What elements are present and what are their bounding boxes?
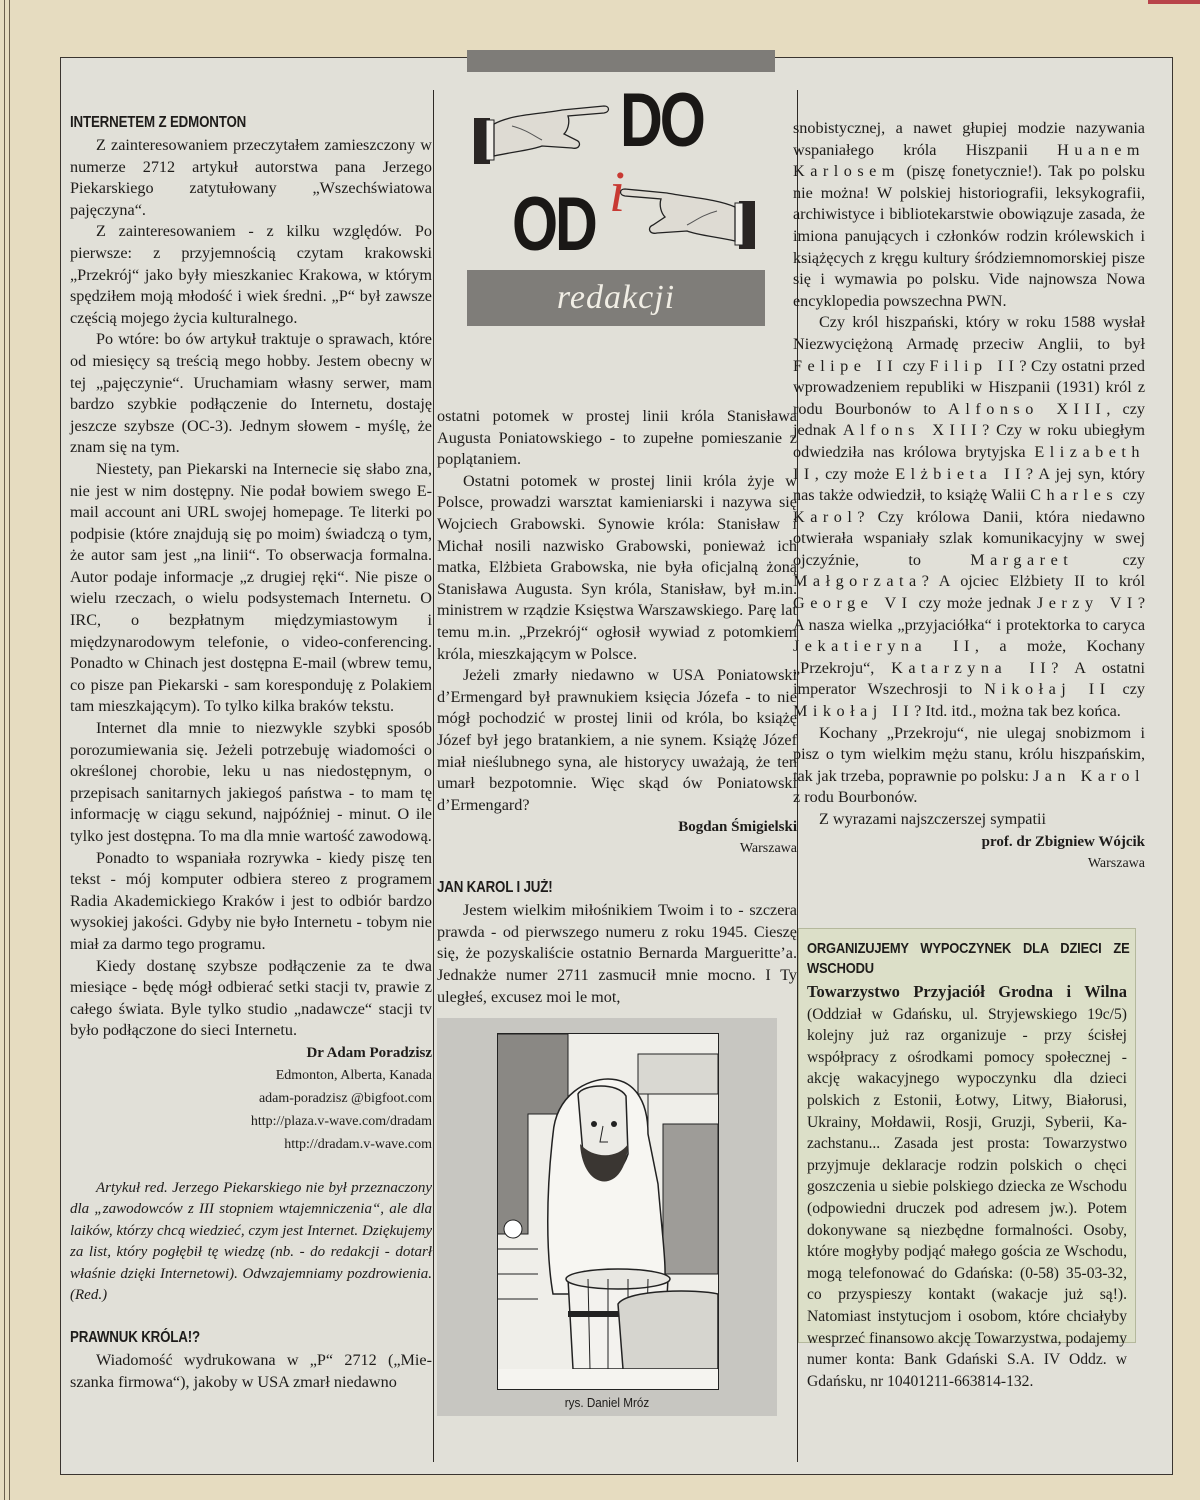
letter-paragraph: snobistycznej, a nawet głupiej modzie na… [793,118,1145,312]
notice-lead: Towarzystwo Przyjaciół Grodna i Wil­na [807,982,1127,1001]
text-run: czy [1118,486,1145,504]
author-email-link[interactable]: adam-poradzisz @bigfoot.com [70,1087,432,1110]
text-run: (piszę fonetycznie!). Tak po pol­sku nie… [793,162,1145,310]
column-divider [433,90,434,1462]
notice-title: ORGANIZUJEMY WYPOCZYNEK DLA DZIECI ZE WS… [807,939,1130,979]
spaced-name: Filip II [930,357,1020,375]
text-run: czy [1111,680,1145,698]
letter-paragraph: Ponadto to wspaniała rozrywka - kiedy pi… [70,848,432,956]
text-run: czy może jed­nak [913,594,1037,612]
letter-paragraph: Wiadomość wydrukowana w „P“ 2712 („Mie­s… [70,1350,432,1393]
text-run: czy [898,357,929,375]
column-right: snobistycznej, a nawet głupiej modzie na… [793,118,1145,875]
spaced-name: Katarzyna II [891,659,1051,677]
letter-paragraph: Niestety, pan Piekarski na Internecie si… [70,459,432,718]
spaced-name: Margaret [970,551,1073,569]
letter-signature: Bogdan Śmigielski [437,816,797,838]
editor-note-text: Artykuł red. Jerzego Piekarskiego nie by… [70,1178,432,1306]
author-location: Edmonton, Alberta, Kanada [70,1064,432,1087]
letter-paragraph: Z zainteresowaniem przeczytałem zamieszc… [70,135,432,221]
spaced-name: Nikołaj II [984,680,1110,698]
letter-closing: Z wyrazami najszczerszej sympatii [793,809,1145,831]
letter-paragraph: Kiedy dostanę szybsze podłączenie za te … [70,956,432,1042]
letter-title-jan-karol: JAN KAROL I JUŻ! [437,878,747,898]
spaced-name: Felipe II [793,357,898,375]
letter-signature: prof. dr Zbigniew Wójcik [793,831,1145,853]
letter-paragraph-questions: Czy król hiszpański, który w roku 1588 w… [793,312,1145,722]
letter-paragraph: Jestem wielkim miłośnikiem Twoim i to - … [437,900,797,1008]
letter-place: Warszawa [793,853,1145,875]
text-run: ? A ojciec Elżbiety II to król [922,572,1145,590]
letter-place: Warszawa [437,838,797,860]
letter-title-internet: INTERNETEM Z EDMONTON [70,113,381,133]
next-page-edge [1148,0,1200,4]
text-run: czy [1073,551,1145,569]
header-subtitle-band: redakcji [467,270,765,326]
spaced-name: Mikołaj II [793,702,914,720]
spaced-name: Karol [793,508,857,526]
section-header-graphic: DO i OD redakcji [467,50,777,340]
spaced-name: Alfonso XIII [948,400,1106,418]
notice-box: ORGANIZUJEMY WYPOCZYNEK DLA DZIECI ZE WS… [798,928,1136,1343]
header-word-do: DO [620,88,703,154]
letter-paragraph: Po wtóre: bo ów artykuł traktuje o spraw… [70,329,432,459]
header-subtitle: redakcji [557,279,675,317]
column-left: INTERNETEM Z EDMONTON Z zainteresowaniem… [70,113,432,1394]
text-run: ? Itd. itd., można tak bez końca. [914,702,1121,720]
author-homepage-link[interactable]: http://plaza.v-wave.com/dradam [70,1110,432,1133]
notice-text: Towarzystwo Przyjaciół Grodna i Wil­na (… [807,981,1127,1392]
pointing-hand-right-icon [472,100,612,175]
editor-response-note: Artykuł red. Jerzego Piekarskiego nie by… [70,1178,432,1306]
spaced-name: Małgorzata [793,572,922,590]
spaced-name: Jekatieryna II [793,637,975,655]
bearded-man-at-barrel-illustration [497,1033,719,1390]
spaced-name: Jan Karol [1033,767,1145,785]
text-run: z rodu Bourbonów. [793,788,917,806]
header-word-od: OD [512,192,595,258]
column-center: ostatni potomek w prostej linii króla St… [437,406,797,1008]
spaced-name: Elżbieta II [895,465,1026,483]
letter-paragraph: Jeżeli zmarły niedawno w USA Poniatowski… [437,665,797,816]
spaced-name: Alfons XIII [843,421,982,439]
text-run: Czy król hiszpański, który w roku 1588 w… [793,313,1145,353]
illustration-credit: rys. Daniel Mróz [454,1395,760,1410]
header-grey-band [467,50,775,72]
letters-page-frame: DO i OD redakcji INTERNETEM Z EDMONTON Z… [60,57,1173,1475]
letter-signature: Dr Adam Poradzisz [70,1042,432,1064]
letter-paragraph: Z zainteresowaniem - z kilku względów. P… [70,221,432,329]
spaced-name: Jerzy VI [1037,594,1138,612]
letter-title-prawnuk: PRAWNUK KRÓLA!? [70,1328,381,1348]
letter-paragraph: Ostatni potomek w prostej linii króla ży… [437,471,797,665]
author-homepage-link[interactable]: http://dradam.v-wave.com [70,1133,432,1156]
illustration-panel: rys. Daniel Mróz [437,1018,777,1416]
pointing-hand-left-icon [617,185,757,260]
spaced-name: Charles [1030,486,1118,504]
notice-body: (Oddział w Gdańsku, ul. Stryjewskiego 19… [807,1006,1127,1390]
page-binding-edge [4,0,10,1500]
letter-paragraph: Internet dla mnie to niezwykle szybki sp… [70,718,432,848]
letter-paragraph: Kochany „Przekroju“, nie ulegaj snobizmo… [793,723,1145,809]
letter-paragraph: ostatni potomek w prostej linii króla St… [437,406,797,471]
spaced-name: George VI [793,594,913,612]
text-run: , czy może [815,465,895,483]
